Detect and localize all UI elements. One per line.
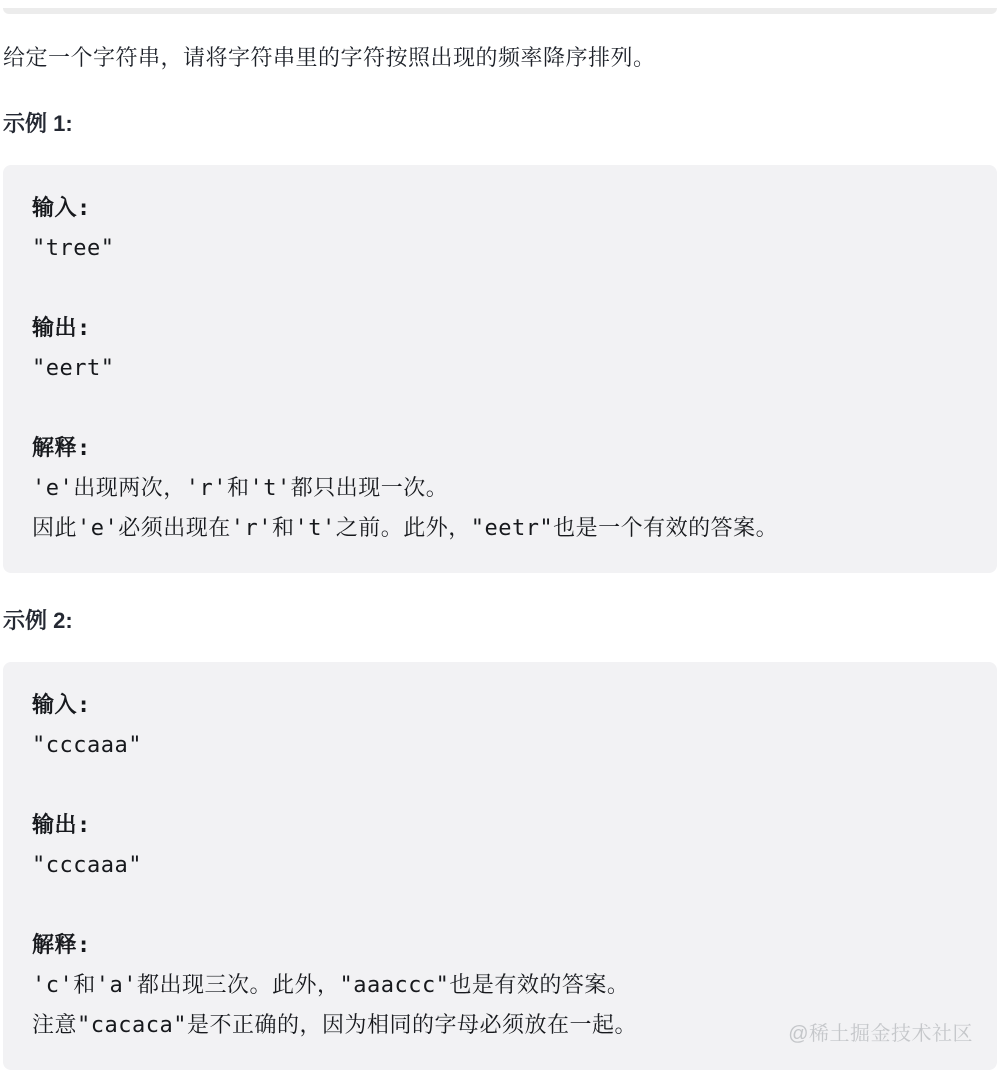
example-1-explanation-line-1: 'e'出现两次，'r'和't'都只出现一次。	[32, 469, 977, 509]
blank-line	[32, 389, 977, 429]
problem-description-page: 给定一个字符串，请将字符串里的字符按照出现的频率降序排列。 示例 1: 输入: …	[0, 0, 1000, 1072]
example-2-code-block: 输入: "cccaaa" 输出: "cccaaa" 解释: 'c'和'a'都出现…	[3, 662, 997, 1070]
example-2-explanation-line-1: 'c'和'a'都出现三次。此外，"aaaccc"也是有效的答案。	[32, 966, 977, 1006]
example-2-explanation-label: 解释:	[32, 926, 977, 966]
example-1-code-block: 输入: "tree" 输出: "eert" 解释: 'e'出现两次，'r'和't…	[3, 165, 997, 573]
problem-statement: 给定一个字符串，请将字符串里的字符按照出现的频率降序排列。	[3, 44, 997, 72]
example-2-input-value: "cccaaa"	[32, 726, 977, 766]
example-2-input-label: 输入:	[32, 686, 977, 726]
blank-line	[32, 886, 977, 926]
example-1-output-label: 输出:	[32, 309, 977, 349]
example-1-heading: 示例 1:	[3, 110, 997, 137]
example-1-explanation-label: 解释:	[32, 429, 977, 469]
example-2-heading: 示例 2:	[3, 607, 997, 634]
example-2-output-label: 输出:	[32, 806, 977, 846]
blank-line	[32, 269, 977, 309]
example-1-input-value: "tree"	[32, 229, 977, 269]
previous-code-block-tail	[3, 8, 997, 14]
example-1-input-label: 输入:	[32, 189, 977, 229]
example-2-output-value: "cccaaa"	[32, 846, 977, 886]
blank-line	[32, 766, 977, 806]
example-2-explanation-line-2: 注意"cacaca"是不正确的，因为相同的字母必须放在一起。	[32, 1006, 977, 1046]
example-1-output-value: "eert"	[32, 349, 977, 389]
example-1-explanation-line-2: 因此'e'必须出现在'r'和't'之前。此外，"eetr"也是一个有效的答案。	[32, 509, 977, 549]
